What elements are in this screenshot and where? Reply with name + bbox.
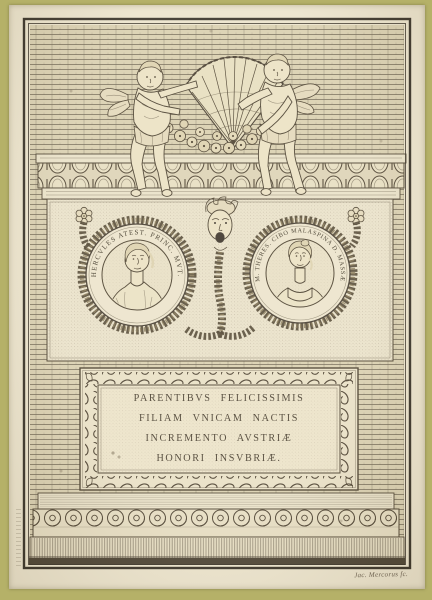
vitruvian-scroll-border-left: [85, 384, 97, 476]
vitruvian-scroll-border-right: [341, 384, 353, 476]
margin-inscription-mark: [16, 506, 21, 566]
inscription-line: FILIAM VNICAM NACTIS: [98, 409, 340, 429]
inscription-line: HONORI INSVBRIÆ.: [98, 449, 340, 469]
egg-and-dart-molding: [38, 163, 404, 188]
engraving-scan: HERCVLES ATEST. PRINC. MVT. M. THERES. C…: [0, 0, 432, 600]
guilloche-molding: [33, 509, 399, 537]
medallion-left: HERCVLES ATEST. PRINC. MVT.: [86, 224, 188, 326]
inscription-line: PARENTIBVS FELICISSIMIS: [98, 389, 340, 409]
vitruvian-scroll-border-bottom: [85, 476, 353, 488]
medallion-right: M. THERES. CIBO MALASPINA D. MASSÆ: [250, 223, 350, 323]
foxing-speckles: [0, 0, 2, 2]
ground-shadow: [29, 558, 405, 565]
engraved-plate: HERCVLES ATEST. PRINC. MVT. M. THERES. C…: [0, 0, 432, 600]
cornice: [36, 154, 406, 199]
inscription-line: INCREMENTO AVSTRIÆ: [98, 429, 340, 449]
dedication-inscription: PARENTIBVS FELICISSIMIS FILIAM VNICAM NA…: [98, 389, 340, 469]
pedestal-base: [29, 493, 405, 565]
vitruvian-scroll-border-top: [85, 372, 353, 384]
